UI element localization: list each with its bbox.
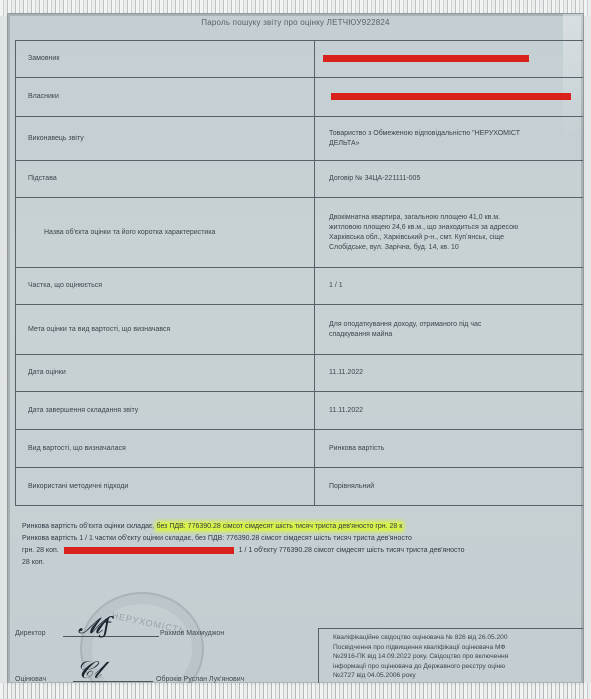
table-row: Дата завершення складання звіту 11.11.20…: [16, 392, 584, 430]
market-value-text: грн. 28 коп.: [22, 547, 59, 554]
row-label: Власники: [16, 78, 315, 117]
row-value-redacted: [315, 41, 584, 78]
market-value-line-1: Ринкова вартість об'єкта оцінки складає,…: [22, 522, 402, 532]
row-value: Договір № 34ЦА-221111-005: [315, 161, 584, 198]
value-line: Товариство з Обмеженою відповідальністю …: [329, 129, 571, 139]
value-line: спадкування майна: [329, 330, 571, 340]
row-label: Мета оцінки та вид вартості, що визначав…: [16, 305, 315, 355]
value-line: житловою площею 24,6 кв.м., що знаходить…: [329, 223, 571, 233]
row-label: Вид вартості, що визначалася: [16, 430, 315, 468]
row-value: Для оподаткування доходу, отриманого під…: [315, 305, 584, 355]
frame-border-bottom: [0, 683, 591, 699]
market-value-line-2: Ринкова вартість 1 / 1 частки об'єкту оц…: [22, 534, 412, 544]
photo-frame: Пароль пошуку звіту про оцінку ЛЕТЧЮУ922…: [0, 0, 591, 699]
document-page: Пароль пошуку звіту про оцінку ЛЕТЧЮУ922…: [8, 14, 583, 684]
table-row: Замовник: [16, 41, 584, 78]
value-line: Двокімнатна квартира, загальною площею 4…: [329, 213, 571, 223]
row-label: Підстава: [16, 161, 315, 198]
table-row: Вид вартості, що визначалася Ринкова вар…: [16, 430, 584, 468]
market-value-prefix: Ринкова вартість об'єкта оцінки складає,: [22, 523, 157, 530]
row-value: Ринкова вартість: [315, 430, 584, 468]
redaction-bar: [64, 547, 234, 554]
table-row: Підстава Договір № 34ЦА-221111-005: [16, 161, 584, 198]
row-value: Товариство з Обмеженою відповідальністю …: [315, 117, 584, 161]
row-value: Двокімнатна квартира, загальною площею 4…: [315, 198, 584, 268]
value-line: Харківська обл., Харківський р-н., смт. …: [329, 233, 571, 243]
qualification-box: Кваліфікаційне свідоцтво оцінювача № 826…: [318, 628, 583, 684]
appraiser-name: Оброків Руслан Лук'янович: [156, 676, 244, 683]
director-name: Рахмов Махмуджон: [160, 630, 224, 637]
table-row: Дата оцінки 11.11.2022: [16, 355, 584, 392]
row-label: Дата оцінки: [16, 355, 315, 392]
document-title: Пароль пошуку звіту про оцінку ЛЕТЧЮУ922…: [8, 18, 583, 27]
value-line: ДЕЛЬТА»: [329, 139, 571, 149]
market-value-line-4: 28 коп.: [22, 558, 45, 568]
row-label: Виконавець звіту: [16, 117, 315, 161]
row-value: Порівняльний: [315, 468, 584, 506]
qualification-line: №2727 від 04.05.2006 року: [333, 671, 583, 681]
row-value-redacted: [315, 78, 584, 117]
row-value: 11.11.2022: [315, 392, 584, 430]
table-row: Частка, що оцінюється 1 / 1: [16, 268, 584, 305]
row-label: Частка, що оцінюється: [16, 268, 315, 305]
row-label: Назва об'єкта оцінки та його коротка хар…: [16, 198, 315, 268]
market-value-text: 1 / 1 об'єкту 776390.28 сімсот сімдесят …: [239, 547, 465, 554]
redaction-bar: [331, 93, 571, 100]
row-label: Використані методичні підходи: [16, 468, 315, 506]
qualification-line: Кваліфікаційне свідоцтво оцінювача № 826…: [333, 633, 583, 643]
appraiser-signature: 𝒞𝓁: [76, 656, 101, 684]
value-line: Слобідське, вул. Зарічна, буд. 14, кв. 1…: [329, 243, 571, 253]
director-signature: 𝓜ƒ: [78, 614, 111, 639]
report-table: Замовник Власники Виконавець звіту Товар…: [15, 40, 583, 506]
row-label: Дата завершення складання звіту: [16, 392, 315, 430]
table-row: Власники: [16, 78, 584, 117]
redaction-bar: [323, 55, 529, 62]
table-row: Використані методичні підходи Порівняльн…: [16, 468, 584, 506]
table-row: Назва об'єкта оцінки та його коротка хар…: [16, 198, 584, 268]
table-row: Виконавець звіту Товариство з Обмеженою …: [16, 117, 584, 161]
appraiser-label: Оцінювач: [15, 676, 46, 683]
value-line: Для оподаткування доходу, отриманого під…: [329, 320, 571, 330]
qualification-line: інформації про оцінювача до Державного р…: [333, 662, 583, 672]
market-value-line-3: грн. 28 коп. 1 / 1 об'єкту 776390.28 сім…: [22, 546, 465, 556]
row-value: 11.11.2022: [315, 355, 584, 392]
row-label: Замовник: [16, 41, 315, 78]
director-label: Директор: [15, 630, 46, 637]
qualification-line: Посвідчення про підвищення кваліфікації …: [333, 643, 583, 653]
qualification-line: №2916-ПК від 14.09.2022 року. Свідоцтво …: [333, 652, 583, 662]
highlighted-value: без ПДВ: 776390.28 сімсот сімдесят шість…: [157, 523, 403, 530]
row-value: 1 / 1: [315, 268, 584, 305]
table-row: Мета оцінки та вид вартості, що визначав…: [16, 305, 584, 355]
